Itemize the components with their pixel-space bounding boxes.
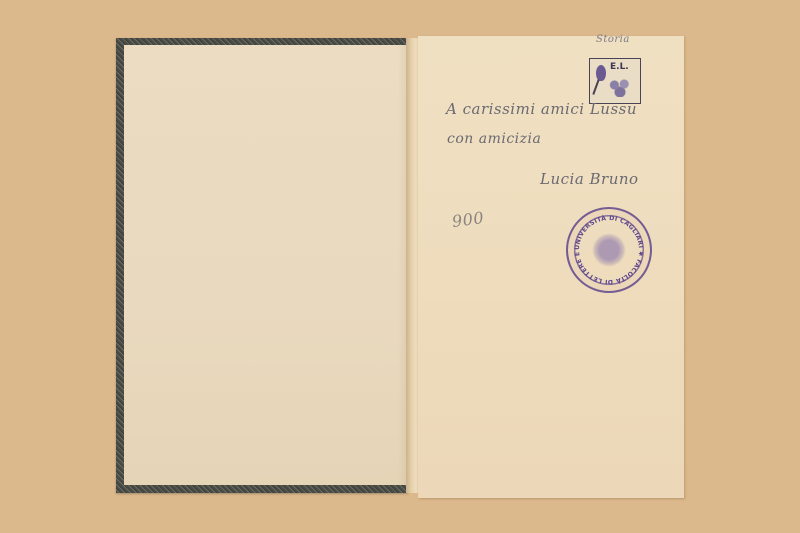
photo-background: Storia E.L. A carissimi amici Lussu con … bbox=[0, 0, 800, 533]
dedication-line-1: A carissimi amici Lussu bbox=[446, 100, 637, 118]
blank-endpaper bbox=[124, 45, 408, 485]
exlibris-initials: E.L. bbox=[610, 62, 629, 72]
exlibris-stamp: E.L. bbox=[589, 58, 641, 104]
seal-emblem bbox=[592, 233, 626, 267]
subject-note: Storia bbox=[596, 34, 630, 45]
university-seal: UNIVERSITÀ DI CAGLIARI ✱ FACOLTÀ DI LETT… bbox=[566, 207, 652, 293]
signature: Lucia Bruno bbox=[540, 170, 639, 188]
flower-stem bbox=[592, 79, 599, 95]
flower-leaves bbox=[606, 77, 634, 97]
dedication-line-2: con amicizia bbox=[447, 131, 541, 147]
